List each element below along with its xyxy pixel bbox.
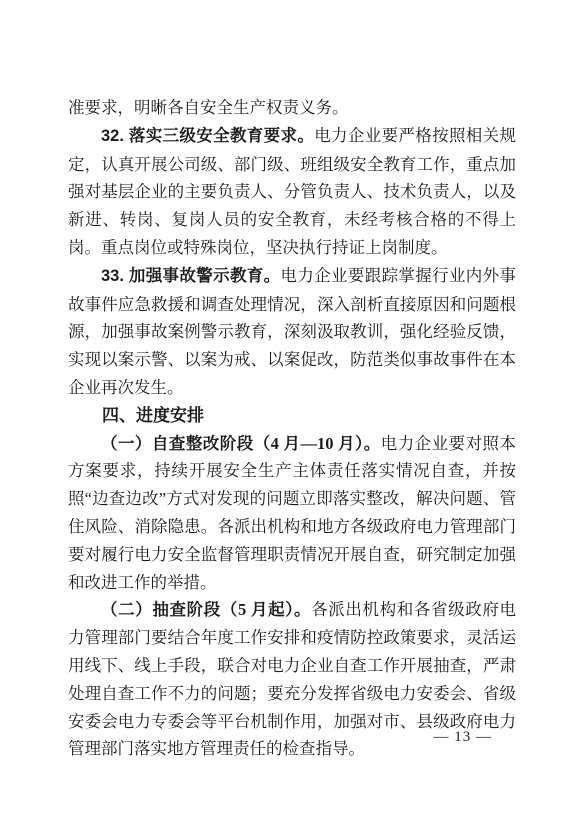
paragraph-item-33: 33. 加强事故警示教育。电力企业要跟踪掌握行业内外事故事件应急救援和调查处理情… [68, 262, 516, 402]
page-number: — 13 — [434, 727, 493, 747]
paragraph-continuation: 准要求，明晰各自安全生产权责义务。 [68, 94, 516, 122]
item-33-lead: 33. 加强事故警示教育。 [101, 267, 281, 285]
document-body: 准要求，明晰各自安全生产权责义务。 32. 落实三级安全教育要求。电力企业要严格… [68, 94, 516, 763]
paragraph-text: 准要求，明晰各自安全生产权责义务。 [68, 98, 349, 117]
item-32-lead: 32. 落实三级安全教育要求。 [101, 127, 314, 145]
item-33-text: 电力企业要跟踪掌握行业内外事故事件应急救援和调查处理情况，深入剖析直接原因和问题… [68, 266, 516, 397]
item-32-text: 电力企业要严格按照相关规定，认真开展公司级、部门级、班组级安全教育工作，重点加强… [68, 126, 516, 257]
stage-2-lead: （二）抽查阶段（5 月起）。 [101, 600, 311, 619]
stage-1-text: 电力企业要对照本方案要求，持续开展安全生产主体责任落实情况自查，并按照“边查边改… [68, 434, 516, 592]
paragraph-item-32: 32. 落实三级安全教育要求。电力企业要严格按照相关规定，认真开展公司级、部门级… [68, 122, 516, 262]
paragraph-stage-1: （一）自查整改阶段（4 月—10 月）。电力企业要对照本方案要求，持续开展安全生… [68, 430, 516, 597]
document-page: 准要求，明晰各自安全生产权责义务。 32. 落实三级安全教育要求。电力企业要严格… [0, 0, 580, 820]
section-heading: 四、进度安排 [68, 402, 516, 430]
stage-1-lead: （一）自查整改阶段（4 月—10 月）。 [101, 434, 381, 453]
